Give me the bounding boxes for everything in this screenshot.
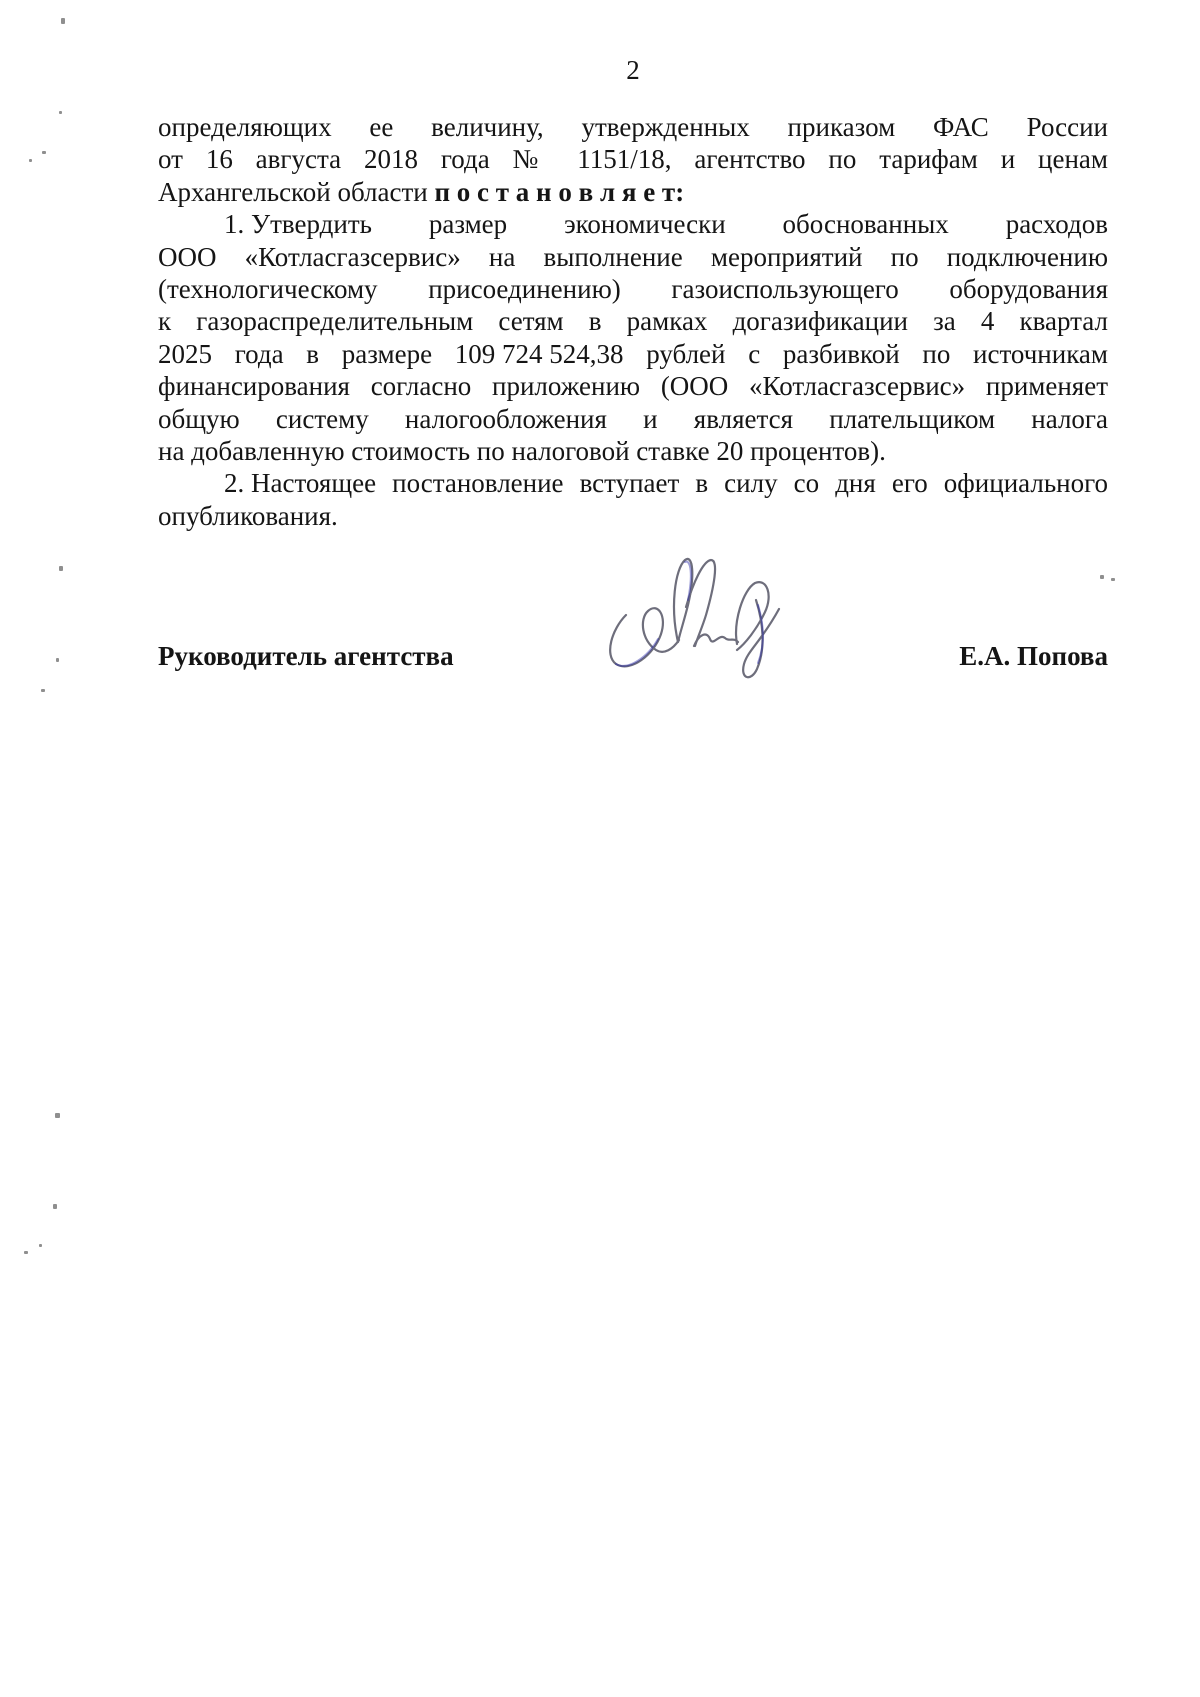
text-line: ООО «Котласгазсервис» на выполнение меро… xyxy=(158,241,1108,273)
scan-speck xyxy=(41,689,45,692)
text-line: 2. Настоящее постановление вступает в си… xyxy=(158,467,1108,499)
scan-speck xyxy=(39,1244,42,1247)
scan-speck xyxy=(59,566,63,571)
text-line: общую систему налогообложения и является… xyxy=(158,403,1108,435)
text-line: 2025 года в размере 109 724 524,38 рубле… xyxy=(158,338,1108,370)
scan-speck xyxy=(42,151,46,154)
scan-speck xyxy=(29,159,32,162)
scan-speck xyxy=(1100,575,1104,579)
text-line: (технологическому присоединению) газоисп… xyxy=(158,273,1108,305)
text-line: на добавленную стоимость по налоговой ст… xyxy=(158,435,1108,467)
scanned-document-page: 2 определяющих ее величину, утвержденных… xyxy=(0,0,1200,1697)
scan-speck xyxy=(1111,578,1115,581)
text-line: 1. Утвердить размер экономически обоснов… xyxy=(158,208,1108,240)
document-text: определяющих ее величину, утвержденных п… xyxy=(158,111,1108,532)
text-line: к газораспределительным сетям в рамках д… xyxy=(158,305,1108,337)
signature-svg xyxy=(598,545,793,695)
scan-speck xyxy=(59,111,62,114)
scan-speck xyxy=(55,1113,60,1118)
scan-speck xyxy=(61,18,65,24)
handwritten-signature-icon xyxy=(598,545,793,700)
scan-speck xyxy=(24,1251,28,1254)
scan-speck xyxy=(53,1204,57,1209)
text-line: от 16 августа 2018 года № 1151/18, агент… xyxy=(158,143,1108,175)
text-line: опубликования. xyxy=(158,500,1108,532)
text-line: Архангельской области п о с т а н о в л … xyxy=(158,176,1108,208)
text-line: финансирования согласно приложению (ООО … xyxy=(158,370,1108,402)
signer-name: Е.А. Попова xyxy=(158,641,1108,672)
page-number: 2 xyxy=(158,55,1108,86)
text-line: определяющих ее величину, утвержденных п… xyxy=(158,111,1108,143)
scan-speck xyxy=(56,658,59,662)
